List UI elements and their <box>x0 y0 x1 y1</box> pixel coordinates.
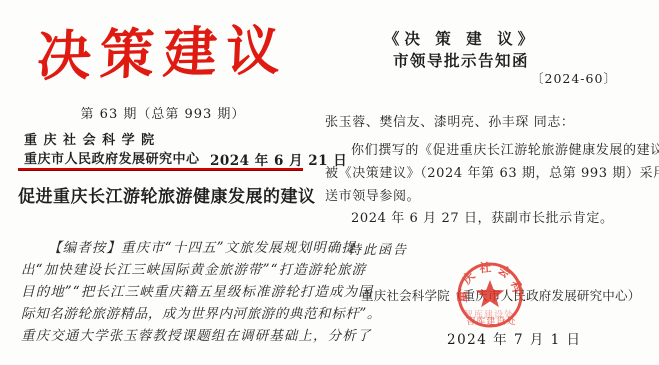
letter-title-line2: 市领导批示告知函 <box>330 49 592 71</box>
editor-note-line-3: 目的地”“把长江三峡重庆籍五星级标准游轮打造成为国 <box>21 280 305 300</box>
red-divider-rule <box>18 168 303 171</box>
editor-note-line-2: 出“加快建设长江三峡国际黄金旅游带”“打造游轮旅游 <box>21 258 305 278</box>
letter-body-line-3: 送市领导参阅。 <box>325 185 420 204</box>
seal-star-icon <box>476 280 505 307</box>
bulletin-masthead-calligraphy: 决策建议 <box>18 10 307 96</box>
letter-body-line-2: 被《决策建议》（2024 年第 63 期，总第 993 期）采用，呈 <box>325 162 659 181</box>
editor-note-line-5: 重庆交通大学张玉蓉教授课题组在调研基础上，分析了 <box>21 324 305 344</box>
editor-note-line-4: 际知名游轮旅游精品，成为世界内河旅游的典范和标杆”。 <box>21 302 305 322</box>
signature-date: 2024 年 7 月 1 日 <box>447 328 582 348</box>
scanned-document-spread: { "colors": { "masthead_red": "#df1a10",… <box>0 0 659 365</box>
letter-body-line-1: 你们撰写的《促进重庆长江游轮旅游健康发展的建议》， <box>325 139 659 158</box>
document-number: 〔2024-60〕 <box>531 69 617 87</box>
letter-title-line1: 《决 策 建 议》 <box>330 27 592 49</box>
seal-department-label: 智库建设处 <box>466 315 516 327</box>
publisher-org-line2: 重庆市人民政府发展研究中心 <box>24 148 200 167</box>
letter-body-line-4: 2024 年 6 月 27 日，获副市长批示肯定。 <box>325 207 614 226</box>
salutation-addressees: 张玉蓉、樊信友、漆明亮、孙丰琛 同志： <box>325 111 575 130</box>
publisher-org-line1: 重 庆 社 会 科 学 院 <box>24 129 179 148</box>
article-title: 促进重庆长江游轮旅游健康发展的建议 <box>18 182 306 207</box>
editor-note-line-1: 【编者按】重庆市“十四五”文旅发展规划明确提 <box>21 236 305 256</box>
issue-number-line: 第 63 期（总第 993 期） <box>20 103 306 122</box>
closing-phrase: 特此函告 <box>348 239 408 258</box>
